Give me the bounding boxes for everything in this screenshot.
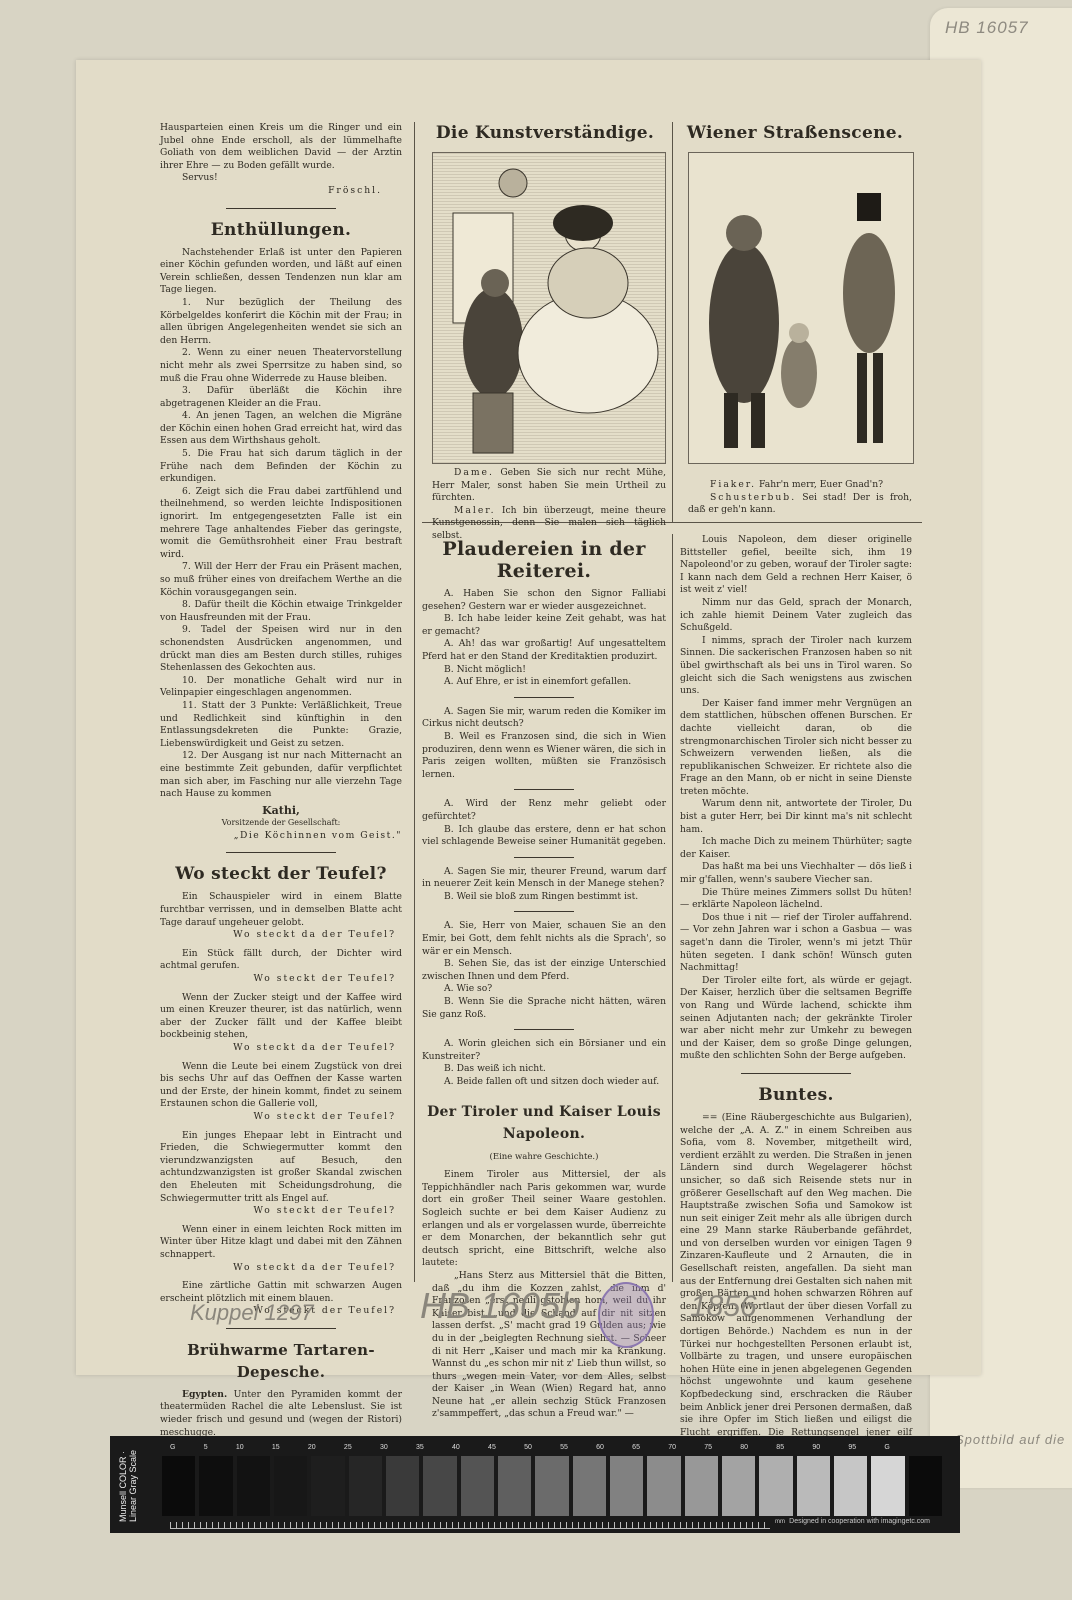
gray-patch <box>461 1456 494 1516</box>
gray-patches <box>162 1456 942 1516</box>
scale-brand: Munsell COLOR · Linear Gray Scale <box>118 1446 148 1526</box>
gray-patch <box>685 1456 718 1516</box>
enthuellungen-title: Enthüllungen. <box>160 219 402 241</box>
separator <box>514 697 574 698</box>
dialogue-line: A. Beide fallen oft und sitzen doch wied… <box>422 1076 666 1089</box>
scale-step-labels: G5101520253035404550556065707580859095G <box>170 1444 890 1451</box>
gray-patch <box>199 1456 232 1516</box>
gray-patch <box>722 1456 755 1516</box>
gray-patch <box>162 1456 195 1516</box>
enthuellungen-item: 9. Tadel der Speisen wird nur in den sch… <box>160 624 402 674</box>
column-rule-top <box>672 122 673 522</box>
gray-patch <box>535 1456 568 1516</box>
tiroler-title: Der Tiroler und Kaiser Louis Napoleon. <box>422 1101 666 1145</box>
illustration-art-critic <box>432 152 666 464</box>
tiroler-continued: Dos thue i nit — rief der Tiroler auffah… <box>680 912 912 975</box>
caption-speaker: Fiaker. <box>710 479 756 490</box>
dialogue-line: A. Ah! das war großartig! Auf ungesattel… <box>422 638 666 663</box>
dialogue-line: B. Ich glaube das erstere, denn er hat s… <box>422 824 666 849</box>
gray-patch <box>237 1456 270 1516</box>
dialogue-line: B. Wenn Sie die Sprache nicht hätten, wä… <box>422 996 666 1021</box>
ruler-unit: mm <box>775 1519 785 1525</box>
gray-patch <box>274 1456 307 1516</box>
gray-patch <box>498 1456 531 1516</box>
enthuellungen-lead: Nachstehender Erlaß ist unter den Papier… <box>160 247 402 297</box>
column-rule-2 <box>672 534 673 1282</box>
teufel-stanza: Ein junges Ehepaar lebt in Eintracht und… <box>160 1130 402 1206</box>
gray-patch <box>834 1456 867 1516</box>
intro-signature: Fröschl. <box>160 185 402 198</box>
plaudereien-title: Plaudereien in der Reiterei. <box>422 538 666 582</box>
teufel-refrain: Wo steckt der Teufel? <box>160 1111 402 1124</box>
gray-patch <box>423 1456 456 1516</box>
illustration-left-title: Die Kunstverständige. <box>422 122 668 144</box>
teufel-stanza: Ein Schauspieler wird in einem Blatte fu… <box>160 891 402 929</box>
teufel-stanza: Ein Stück fällt durch, der Dichter wird … <box>160 948 402 973</box>
separator <box>514 857 574 858</box>
street-scene-engraving <box>689 153 913 463</box>
illustration-right-title: Wiener Straßenscene. <box>678 122 912 144</box>
scale-credit: Designed in cooperation with imagingetc.… <box>789 1518 930 1525</box>
mm-ruler <box>170 1522 770 1529</box>
illustration-street-scene <box>688 152 914 464</box>
caption-speaker: Dame. <box>454 467 494 478</box>
tiroler-continued: Warum denn nit, antwortete der Tiroler, … <box>680 798 912 836</box>
column-rule-1 <box>414 122 415 1282</box>
buntes-title: Buntes. <box>680 1084 912 1106</box>
teufel-refrain: Wo steckt der Teufel? <box>160 973 402 986</box>
dialogue-line: A. Sie, Herr von Maier, schauen Sie an d… <box>422 920 666 958</box>
tiroler-continued: Der Kaiser fand immer mehr Vergnügen an … <box>680 698 912 799</box>
enthuellungen-item: 7. Will der Herr der Frau ein Präsent ma… <box>160 561 402 599</box>
enthuellungen-item: 12. Der Ausgang ist nur nach Mitternacht… <box>160 750 402 800</box>
separator <box>226 852 336 853</box>
dialogue-line: B. Das weiß ich nicht. <box>422 1063 666 1076</box>
tiroler-continued: Die Thüre meines Zimmers sollst Du hüten… <box>680 887 912 912</box>
tiroler-continued: I nimms, sprach der Tiroler nach kurzem … <box>680 635 912 698</box>
depesche-title: Brühwarme Tartaren-Depesche. <box>160 1339 402 1383</box>
teufel-stanza: Wenn die Leute bei einem Zugstück von dr… <box>160 1061 402 1111</box>
tiroler-continued: Der Tiroler eilte fort, als würde er gej… <box>680 975 912 1063</box>
card-label-top: HB 16057 <box>945 18 1029 38</box>
painter-and-lady-engraving <box>433 153 665 463</box>
dialogue-line: A. Sagen Sie mir, warum reden die Komike… <box>422 706 666 731</box>
museum-stamp <box>598 1282 654 1348</box>
enthuellungen-item: 3. Dafür überläßt die Köchin ihre abgetr… <box>160 385 402 410</box>
newspaper-page: Hausparteien einen Kreis um die Ringer u… <box>160 122 908 1300</box>
enthuellungen-item: 1. Nur bezüglich der Theilung des Körbel… <box>160 297 402 347</box>
enthuellungen-item: 5. Die Frau hat sich darum täglich in de… <box>160 448 402 486</box>
enthuellungen-item: 6. Zeigt sich die Frau dabei zartfühlend… <box>160 486 402 562</box>
pencil-note-left: Kuppel 1297 <box>190 1300 314 1326</box>
column-1: Hausparteien einen Kreis um die Ringer u… <box>160 122 402 1456</box>
separator <box>226 1328 336 1329</box>
gray-patch <box>871 1456 904 1516</box>
gray-patch <box>311 1456 344 1516</box>
signature-name: Kathi, <box>160 805 402 818</box>
caption-speaker: Schusterbub. <box>710 492 796 503</box>
teufel-refrain: Wo steckt da der Teufel? <box>160 1042 402 1055</box>
dialogue-line: A. Wie so? <box>422 983 666 996</box>
teufel-stanza: Wenn der Zucker steigt und der Kaffee wi… <box>160 992 402 1042</box>
enthuellungen-item: 8. Dafür theilt die Köchin etwaige Trink… <box>160 599 402 624</box>
gray-patch <box>386 1456 419 1516</box>
gray-patch <box>759 1456 792 1516</box>
separator <box>514 1029 574 1030</box>
separator <box>226 208 336 209</box>
dialogue-line: B. Nicht möglich! <box>422 664 666 677</box>
depesche-lead-word: Egypten. <box>182 1389 227 1400</box>
dialogue-line: A. Wird der Renz mehr geliebt oder gefür… <box>422 798 666 823</box>
gray-patch <box>797 1456 830 1516</box>
teufel-stanza: Wenn einer in einem leichten Rock mitten… <box>160 1224 402 1262</box>
dialogue-line: B. Sehen Sie, das ist der einzige Unters… <box>422 958 666 983</box>
pencil-note-center: HB 1605b <box>420 1285 580 1327</box>
pencil-note-year: 1856 <box>690 1290 757 1324</box>
signature-role: Vorsitzende der Gesellschaft: <box>160 817 402 830</box>
gray-patch <box>647 1456 680 1516</box>
gray-patch <box>349 1456 382 1516</box>
enthuellungen-item: 4. An jenen Tagen, an welchen die Migrän… <box>160 410 402 448</box>
caption-speaker: Maler. <box>454 505 496 516</box>
separator <box>514 911 574 912</box>
signature-org: „Die Köchinnen vom Geist." <box>160 830 402 843</box>
tiroler-lead: Einem Tiroler aus Mittersiel, der als Te… <box>422 1169 666 1270</box>
dialogue-line: B. Weil sie bloß zum Ringen bestimmt ist… <box>422 891 666 904</box>
tiroler-continued: Nimm nur das Geld, sprach der Monarch, i… <box>680 597 912 635</box>
intro-paragraph: Hausparteien einen Kreis um die Ringer u… <box>160 122 402 172</box>
intro-closing: Servus! <box>160 172 402 185</box>
column-3: Louis Napoleon, dem dieser originelle Bi… <box>680 534 912 1519</box>
teufel-title: Wo steckt der Teufel? <box>160 863 402 885</box>
separator <box>514 789 574 790</box>
tiroler-continued: Das haßt ma bei uns Viechhalter — dös li… <box>680 861 912 886</box>
tiroler-continued: Louis Napoleon, dem dieser originelle Bi… <box>680 534 912 597</box>
gray-patch <box>909 1456 942 1516</box>
teufel-refrain: Wo steckt da der Teufel? <box>160 1262 402 1275</box>
teufel-refrain: Wo steckt da der Teufel? <box>160 929 402 942</box>
teufel-refrain: Wo steckt der Teufel? <box>160 1205 402 1218</box>
gray-patch <box>610 1456 643 1516</box>
gray-scale-card: Munsell COLOR · Linear Gray Scale G51015… <box>110 1436 960 1533</box>
dialogue-line: A. Sagen Sie mir, theurer Freund, warum … <box>422 866 666 891</box>
gray-patch <box>573 1456 606 1516</box>
dialogue-line: A. Auf Ehre, er ist in einemfort gefalle… <box>422 676 666 689</box>
tiroler-continued: Ich mache Dich zu meinem Thürhüter; sagt… <box>680 836 912 861</box>
dialogue-line: A. Haben Sie schon den Signor Falliabi g… <box>422 588 666 613</box>
enthuellungen-item: 10. Der monatliche Gehalt wird nur in Ve… <box>160 675 402 700</box>
separator <box>741 1073 851 1074</box>
enthuellungen-item: 2. Wenn zu einer neuen Theatervorstellun… <box>160 347 402 385</box>
dialogue-line: A. Worin gleichen sich ein Börsianer und… <box>422 1038 666 1063</box>
tiroler-subtitle: (Eine wahre Geschichte.) <box>422 1151 666 1164</box>
caption-right: Fiaker. Fahr'n merr, Euer Gnad'n? Schust… <box>688 479 912 517</box>
caption-line: Fahr'n merr, Euer Gnad'n? <box>759 479 883 490</box>
card-label-bottom: Spottbild auf die <box>955 1432 1065 1447</box>
dialogue-line: B. Weil es Franzosen sind, die sich in W… <box>422 731 666 781</box>
enthuellungen-item: 11. Statt der 3 Punkte: Verläßlichkeit, … <box>160 700 402 750</box>
dialogue-line: B. Ich habe leider keine Zeit gehabt, wa… <box>422 613 666 638</box>
